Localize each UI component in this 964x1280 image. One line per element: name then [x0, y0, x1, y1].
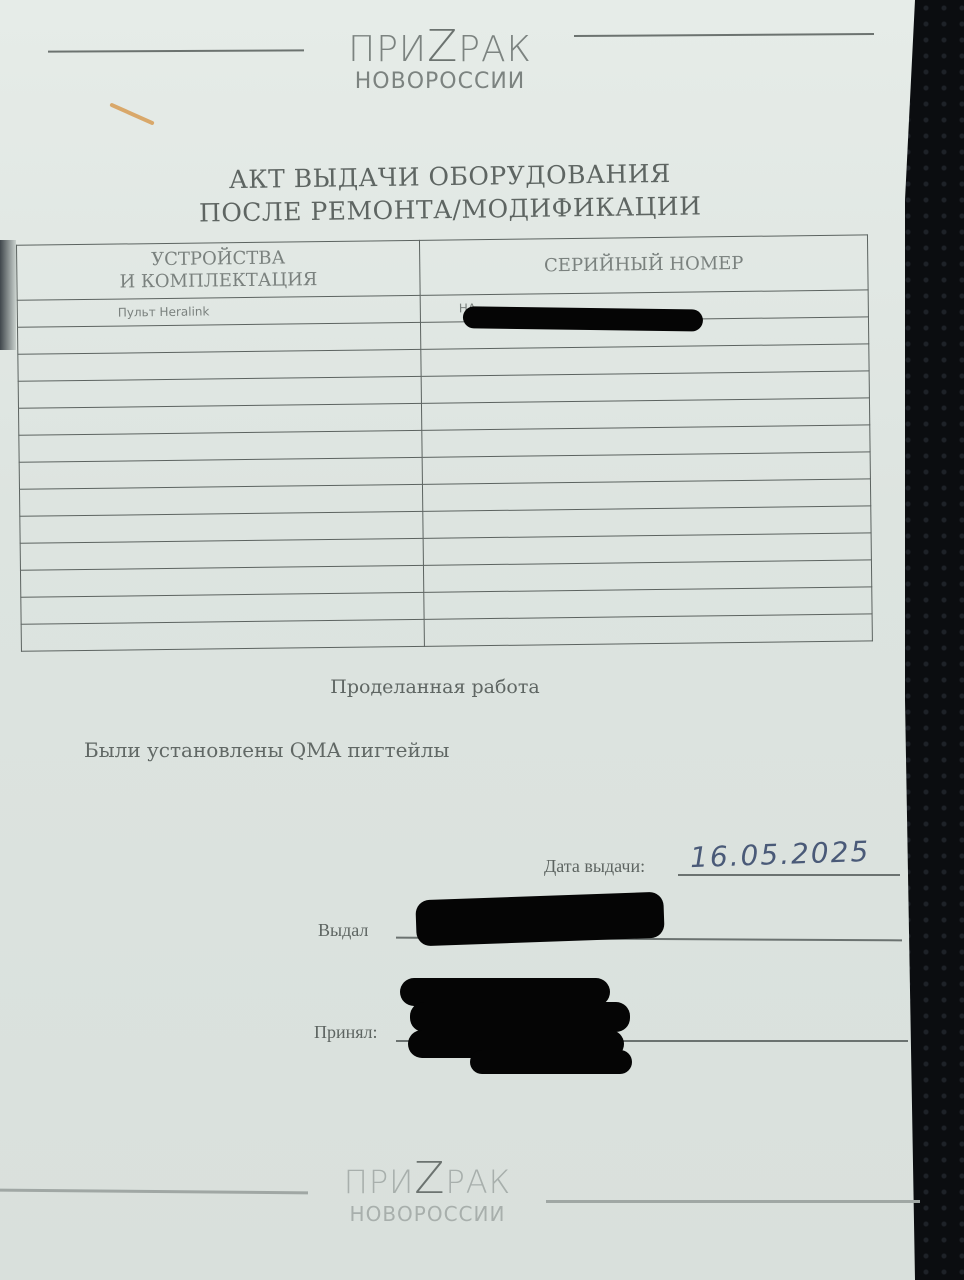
bleed-through-text: [80, 806, 343, 827]
footer-logo-wordmark: ПРИZРАК: [340, 1160, 515, 1201]
received-by-label: Принял:: [314, 1022, 378, 1043]
issue-date-line: [678, 874, 900, 876]
work-done-text: Были установлены QMA пигтейлы: [84, 738, 449, 762]
issue-date-value: 16.05.2025: [689, 835, 870, 874]
issued-by-label: Выдал: [318, 920, 368, 941]
logo-bottom: ПРИZРАК НОВОРОССИИ: [340, 1160, 515, 1227]
header-serial-number: СЕРИЙНЫЙ НОМЕР: [419, 235, 868, 295]
logo-top: ПРИZРАК НОВОРОССИИ: [345, 28, 535, 95]
equipment-table: УСТРОЙСТВА И КОМПЛЕКТАЦИЯ СЕРИЙНЫЙ НОМЕР…: [16, 234, 873, 651]
serial-redaction: [463, 306, 703, 331]
equipment-table-wrapper: УСТРОЙСТВА И КОМПЛЕКТАЦИЯ СЕРИЙНЫЙ НОМЕР…: [0, 234, 873, 655]
serial-cell: [424, 614, 872, 646]
issued-by-redaction: [415, 892, 664, 947]
footer-rule-right: [546, 1200, 920, 1203]
footer-logo-subtitle: НОВОРОССИИ: [340, 1201, 515, 1227]
header-devices: УСТРОЙСТВА И КОМПЛЕКТАЦИЯ: [17, 240, 421, 300]
device-cell: [21, 619, 424, 651]
document-title: АКТ ВЫДАЧИ ОБОРУДОВАНИЯ ПОСЛЕ РЕМОНТА/МО…: [180, 156, 721, 230]
logo-wordmark: ПРИZРАК: [345, 28, 535, 69]
received-by-redaction-4: [470, 1050, 632, 1074]
logo-subtitle: НОВОРОССИИ: [345, 69, 535, 95]
work-done-heading: Проделанная работа: [300, 676, 570, 698]
received-by-redaction-2: [410, 1002, 630, 1032]
issue-date-label: Дата выдачи:: [544, 856, 645, 877]
